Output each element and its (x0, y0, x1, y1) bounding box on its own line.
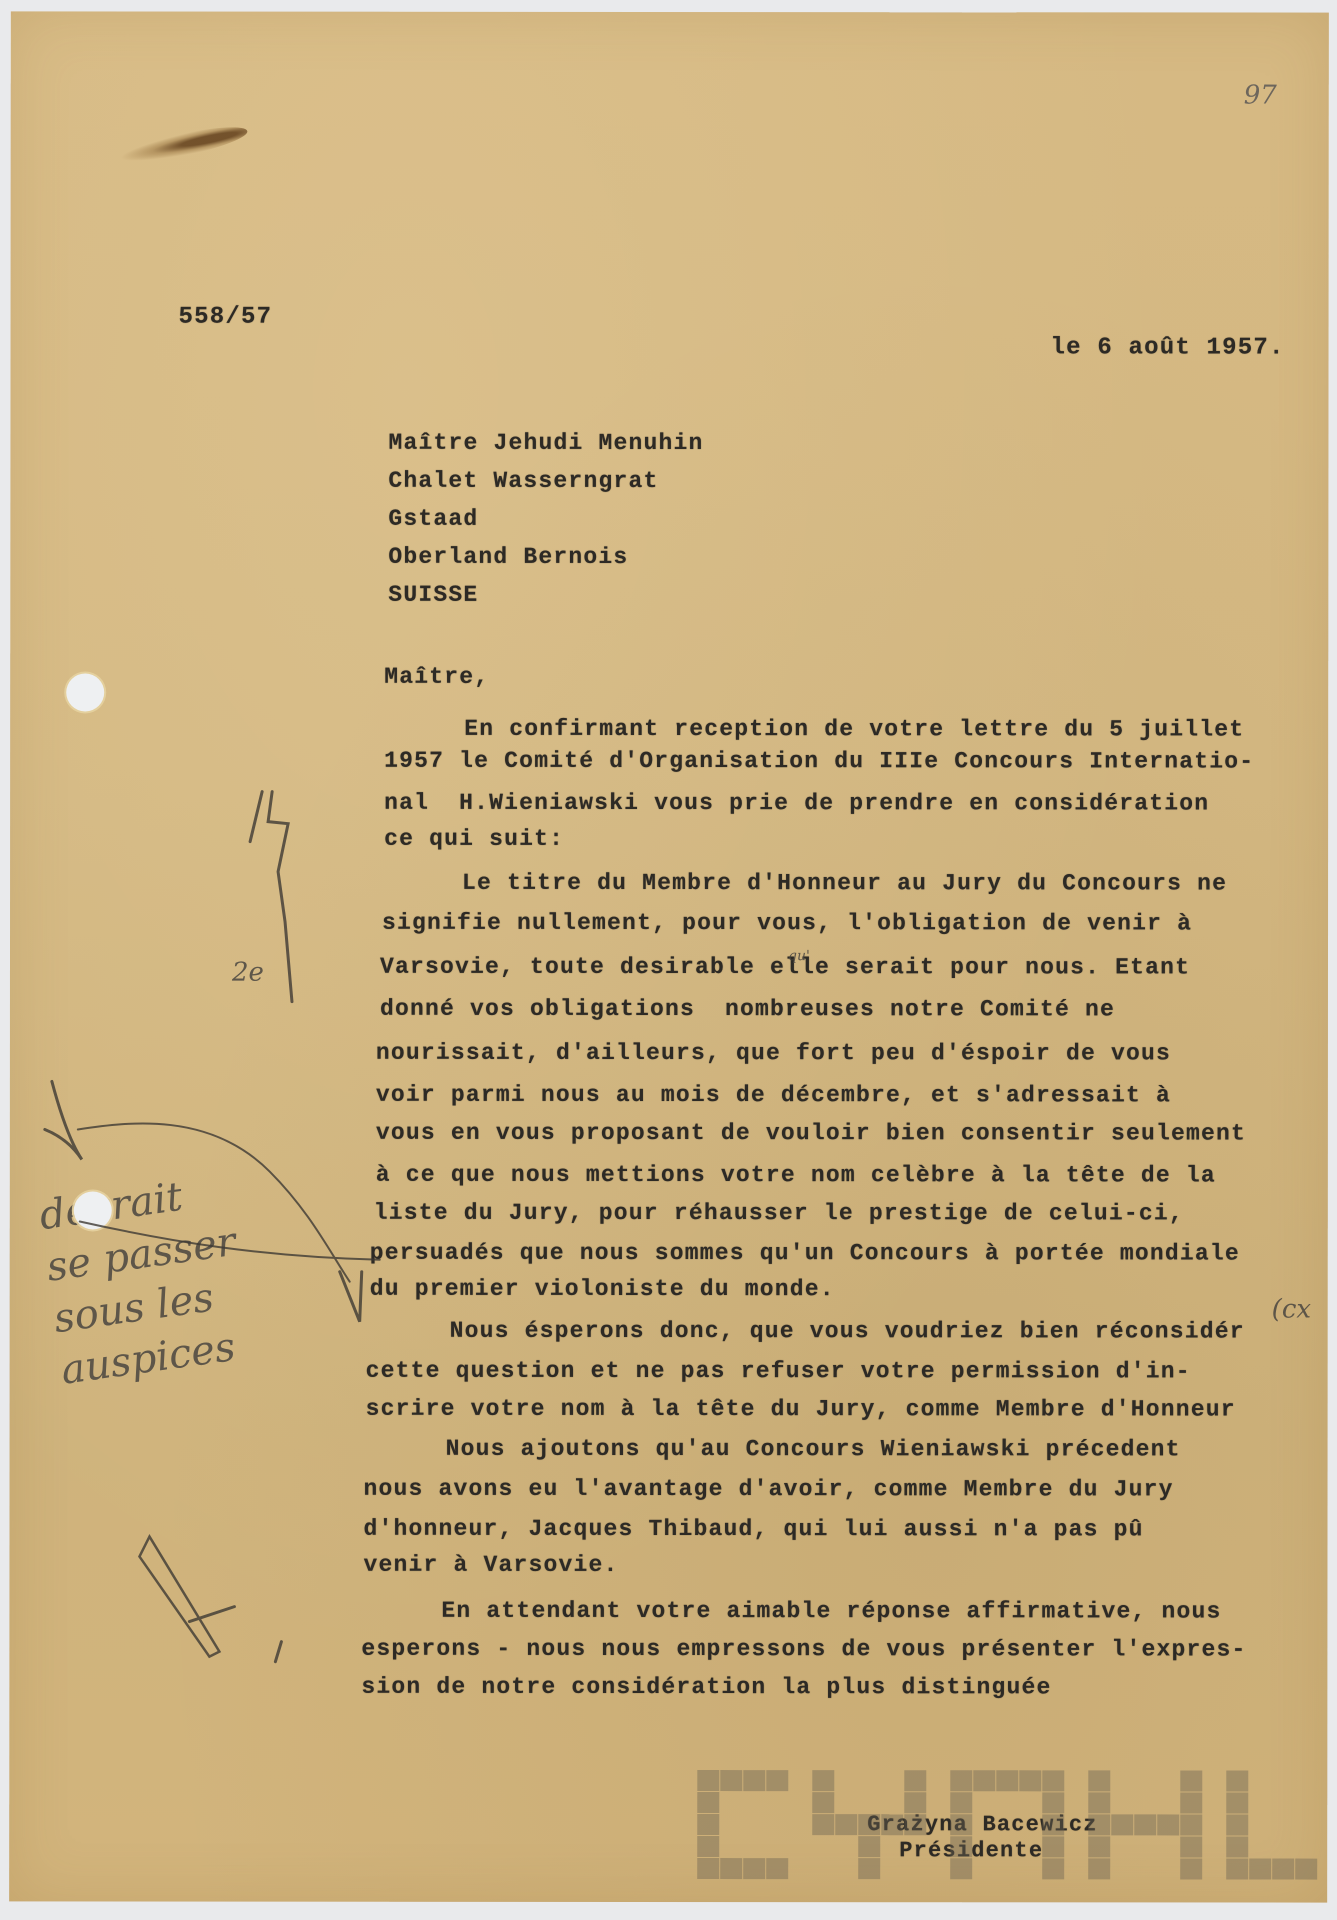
handwritten-margin-note: devrait se passer sous les auspices (36, 1164, 253, 1396)
watermark-cell (973, 1792, 995, 1813)
watermark-cell (1272, 1793, 1294, 1814)
letter-body-line: 1957 le Comité d'Organisation du IIIe Co… (384, 748, 1254, 775)
salutation: Maître, (384, 664, 489, 690)
watermark-cell (996, 1858, 1018, 1879)
letter-body-line: sion de notre considération la plus dist… (361, 1674, 1051, 1701)
watermark-cell (996, 1770, 1018, 1791)
watermark-cell (1226, 1770, 1248, 1791)
letter-body-line: donné vos obligations nombreuses notre C… (380, 996, 1115, 1023)
letter-body-line: Varsovie, toute desirable elle serait po… (380, 954, 1190, 981)
watermark-cell (1134, 1858, 1156, 1879)
watermark-cell (789, 1792, 811, 1813)
letter-date: le 6 août 1957. (1051, 334, 1285, 361)
watermark-cell (1203, 1814, 1225, 1835)
watermark-cell (720, 1792, 742, 1813)
watermark-cell (904, 1858, 926, 1879)
watermark-cell (1134, 1770, 1156, 1791)
letter-body-line: signifie nullement, pour vous, l'obligat… (382, 910, 1192, 937)
watermark-cell (1295, 1771, 1317, 1792)
handwritten-mark-small: 2e (232, 958, 264, 988)
pencil-k-stroke-icon (250, 792, 262, 842)
watermark-cell (1203, 1836, 1225, 1857)
watermark-cell (743, 1836, 765, 1857)
watermark-cell (973, 1770, 995, 1791)
watermark-cell (789, 1770, 811, 1791)
watermark-cell (1088, 1814, 1110, 1835)
watermark-cell (1157, 1792, 1179, 1813)
watermark-cell (950, 1792, 972, 1813)
watermark-cell (973, 1836, 995, 1857)
watermark-cell (858, 1792, 880, 1813)
watermark-cell (1042, 1792, 1064, 1813)
watermark-cell (789, 1858, 811, 1879)
watermark-cell (950, 1836, 972, 1857)
watermark-cell (1226, 1836, 1248, 1857)
watermark-cell (1157, 1836, 1179, 1857)
ink-stain (118, 120, 250, 168)
watermark-cell (904, 1770, 926, 1791)
signature-block: Grażyna Bacewicz Présidente (11, 11, 1329, 12)
watermark-cell (1042, 1836, 1064, 1857)
watermark-cell (904, 1814, 926, 1835)
watermark-cell (1272, 1859, 1294, 1880)
watermark-cell (1111, 1836, 1133, 1857)
letter-body-line: persuadés que nous sommes qu'un Concours… (370, 1240, 1240, 1267)
watermark-cell (1295, 1793, 1317, 1814)
watermark-cell (812, 1770, 834, 1791)
watermark-cell (950, 1770, 972, 1791)
watermark-cell (1065, 1814, 1087, 1835)
punch-hole-top (66, 673, 104, 711)
watermark-cell (858, 1858, 880, 1879)
folio-number: 97 (1244, 81, 1277, 111)
watermark-cell (697, 1770, 719, 1791)
handwritten-insertion: qu' (788, 948, 810, 964)
watermark-cell (1065, 1836, 1087, 1857)
watermark-cell (950, 1858, 972, 1879)
watermark-cell (1249, 1815, 1271, 1836)
watermark-cell (835, 1836, 857, 1857)
watermark-cell (973, 1814, 995, 1835)
watermark-cell (1180, 1858, 1202, 1879)
watermark-cell (904, 1792, 926, 1813)
watermark-cell (973, 1858, 995, 1879)
letter-body-line: ce qui suit: (384, 826, 564, 852)
watermark-cell (881, 1792, 903, 1813)
punch-hole-bottom (74, 1191, 112, 1229)
address-line: Maître Jehudi Menuhin (388, 430, 703, 456)
watermark-cell (812, 1836, 834, 1857)
watermark-cell (1272, 1815, 1294, 1836)
watermark-cell (1065, 1858, 1087, 1879)
watermark-cell (858, 1836, 880, 1857)
watermark-cell (697, 1814, 719, 1835)
letter-body-line: venir à Varsovie. (363, 1552, 618, 1578)
watermark-cell (950, 1814, 972, 1835)
letter-body-line: vous en vous proposant de vouloir bien c… (376, 1120, 1246, 1147)
letter-body-line: nous avons eu l'avantage d'avoir, comme … (364, 1476, 1174, 1503)
watermark-cell (1272, 1837, 1294, 1858)
watermark-cell (1111, 1792, 1133, 1813)
reference-number: 558/57 (179, 304, 273, 331)
watermark-cell (743, 1770, 765, 1791)
watermark-cell (1111, 1858, 1133, 1879)
watermark-cell (1249, 1771, 1271, 1792)
watermark-cell (743, 1858, 765, 1879)
watermark-cell (789, 1836, 811, 1857)
watermark-cell (1134, 1792, 1156, 1813)
watermark-cell (927, 1792, 949, 1813)
letter-body-line: En attendant votre aimable réponse affir… (441, 1598, 1221, 1625)
watermark-cell (1295, 1837, 1317, 1858)
handwritten-right-note: (cx (1272, 1295, 1311, 1325)
letter-body-line: d'honneur, Jacques Thibaud, qui lui auss… (363, 1516, 1143, 1543)
watermark-cell (1134, 1836, 1156, 1857)
watermark-cell (927, 1770, 949, 1791)
letter-body-line: esperons - nous nous empressons de vous … (361, 1636, 1246, 1663)
watermark-cell (1088, 1792, 1110, 1813)
watermark-cell (1019, 1836, 1041, 1857)
watermark-cell (720, 1858, 742, 1879)
watermark-cell (835, 1814, 857, 1835)
watermark-cell (1157, 1770, 1179, 1791)
watermark-cell (1065, 1792, 1087, 1813)
watermark-cell (1226, 1858, 1248, 1879)
watermark-cell (1157, 1814, 1179, 1835)
watermark-cell (766, 1858, 788, 1879)
letter-body-line: nourissait, d'ailleurs, que fort peu d'é… (376, 1040, 1171, 1067)
watermark-cell (720, 1814, 742, 1835)
watermark-cell (858, 1770, 880, 1791)
watermark-cell (1180, 1814, 1202, 1835)
watermark-cell (697, 1792, 719, 1813)
watermark-cell (766, 1814, 788, 1835)
watermark-cell (858, 1814, 880, 1835)
watermark-cell (789, 1814, 811, 1835)
watermark-cell (766, 1836, 788, 1857)
letter-body-line: Le titre du Membre d'Honneur au Jury du … (462, 870, 1227, 897)
watermark-cell (697, 1858, 719, 1879)
watermark-cell (835, 1792, 857, 1813)
watermark-cell (927, 1814, 949, 1835)
watermark-cell (1203, 1792, 1225, 1813)
watermark-cell (1042, 1770, 1064, 1791)
letter-body-line: cette question et ne pas refuser votre p… (366, 1358, 1191, 1385)
watermark-cell (1019, 1770, 1041, 1791)
watermark-cell (1065, 1770, 1087, 1791)
watermark-cell (812, 1858, 834, 1879)
watermark-cell (1019, 1792, 1041, 1813)
letter-body-line: nal H.Wieniawski vous prie de prendre en… (384, 790, 1209, 817)
watermark-cell (1203, 1858, 1225, 1879)
watermark-cell (1249, 1837, 1271, 1858)
watermark-cell (904, 1836, 926, 1857)
address-line: Gstaad (388, 506, 478, 532)
watermark-cell (743, 1792, 765, 1813)
letter-body-line: liste du Jury, pour réhausser le prestig… (374, 1200, 1184, 1227)
watermark-cell (927, 1836, 949, 1857)
watermark-cell (720, 1836, 742, 1857)
address-line: Chalet Wasserngrat (388, 468, 658, 494)
watermark-cell (766, 1770, 788, 1791)
watermark-cell (1295, 1815, 1317, 1836)
watermark-cell (1226, 1792, 1248, 1813)
watermark-cell (927, 1858, 949, 1879)
letter-body-line: scrire votre nom à la tête du Jury, comm… (366, 1396, 1236, 1423)
watermark-cell (1019, 1814, 1041, 1835)
watermark-cell (835, 1770, 857, 1791)
watermark-cell (1180, 1792, 1202, 1813)
watermark-cell (766, 1792, 788, 1813)
watermark-cell (1249, 1859, 1271, 1880)
watermark-cell (996, 1814, 1018, 1835)
letter-body-line: voir parmi nous au mois de décembre, et … (376, 1082, 1171, 1109)
watermark-cell (1272, 1771, 1294, 1792)
watermark-cell (1088, 1858, 1110, 1879)
watermark-cell (1042, 1814, 1064, 1835)
letter-page: 97 558/57 le 6 août 1957. Maître Jehudi … (9, 11, 1329, 1902)
watermark-cell (1226, 1814, 1248, 1835)
watermark-cell (996, 1792, 1018, 1813)
watermark-cell (996, 1836, 1018, 1857)
address-line: Oberland Bernois (388, 544, 628, 570)
watermark-cell (1111, 1770, 1133, 1791)
watermark-cell (881, 1770, 903, 1791)
watermark-cell (1088, 1836, 1110, 1857)
watermark-cell (720, 1770, 742, 1791)
watermark-cell (1134, 1814, 1156, 1835)
watermark-cell (1019, 1858, 1041, 1879)
watermark-cell (835, 1858, 857, 1879)
watermark-cell (812, 1814, 834, 1835)
letter-body-line: En confirmant reception de votre lettre … (464, 716, 1244, 743)
watermark-cell (1042, 1858, 1064, 1879)
watermark-cell (881, 1858, 903, 1879)
watermark-cell (697, 1836, 719, 1857)
watermark-cell (1180, 1770, 1202, 1791)
watermark-cell (743, 1814, 765, 1835)
watermark-cell (1088, 1770, 1110, 1791)
watermark-cell (1295, 1859, 1317, 1880)
watermark-cell (1203, 1770, 1225, 1791)
watermark-cell (1111, 1814, 1133, 1835)
watermark-cell (1249, 1793, 1271, 1814)
letter-body-line: Nous ajoutons qu'au Concours Wieniawski … (446, 1436, 1181, 1463)
letter-body-line: Nous ésperons donc, que vous voudriez bi… (450, 1318, 1245, 1345)
archive-watermark (697, 1770, 1317, 1880)
letter-body: En confirmant reception de votre lettre … (11, 11, 1329, 12)
recipient-address: Maître Jehudi Menuhin Chalet Wasserngrat… (11, 11, 1329, 12)
watermark-cell (881, 1836, 903, 1857)
watermark-cell (881, 1814, 903, 1835)
letter-body-line: du premier violoniste du monde. (370, 1276, 835, 1302)
watermark-cell (1180, 1836, 1202, 1857)
letter-body-line: à ce que nous mettions votre nom celèbre… (376, 1162, 1216, 1189)
address-line: SUISSE (388, 582, 478, 608)
watermark-cell (1157, 1858, 1179, 1879)
watermark-cell (812, 1792, 834, 1813)
